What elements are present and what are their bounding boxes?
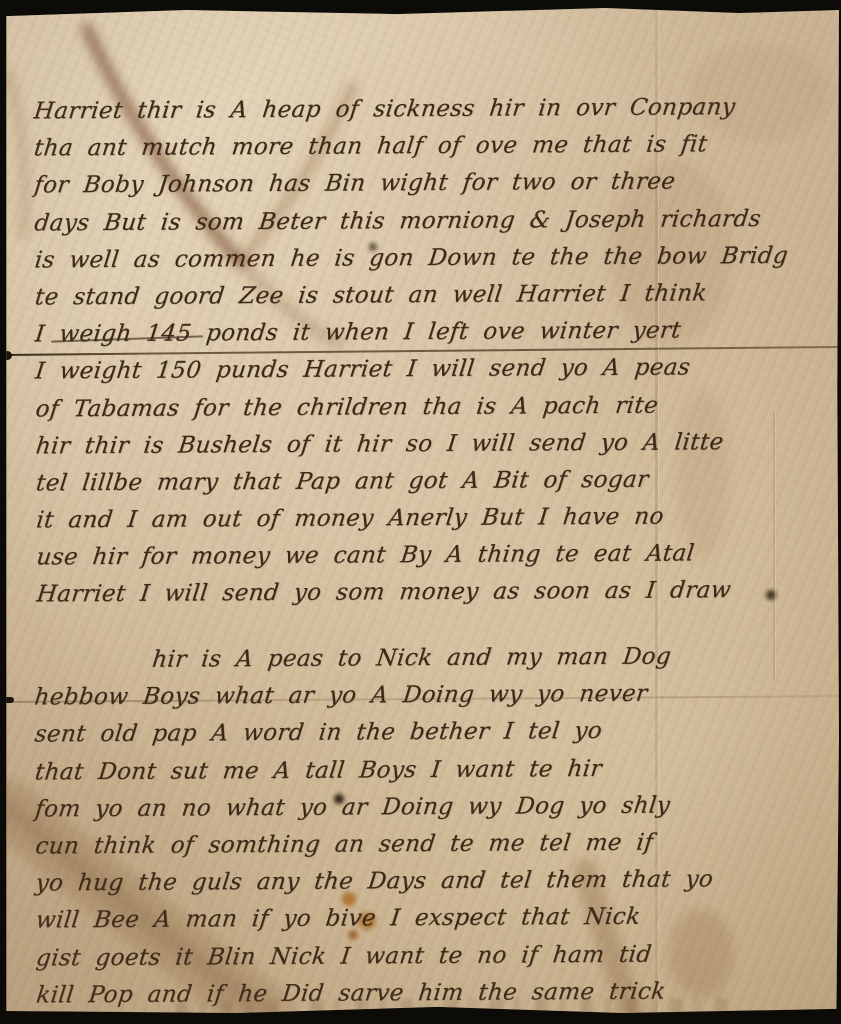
letter-line: hir thir is Bushels of it hir so I will …	[34, 423, 836, 465]
ink-rule-start-blot	[3, 351, 12, 360]
letter-line: yo hug the guls any the Days and tel the…	[33, 861, 835, 903]
letter-line: Harriet I will send yo som money as soon…	[35, 572, 837, 614]
stain-left-edge	[7, 71, 25, 235]
letter-line: hebbow Boys what ar yo A Doing wy yo nev…	[32, 675, 834, 717]
letter-line: that Dont sut me A tall Boys I want te h…	[33, 749, 835, 791]
scanned-letter-page: { "page": { "colors": { "scan_edge": "#0…	[0, 0, 841, 1024]
letter-line: is well as commen he is gon Down te the …	[33, 237, 835, 279]
letter-line: Harriet thir is A heap of sickness hir i…	[32, 89, 834, 131]
letter-line: fom yo an no what yo ar Doing wy Dog yo …	[33, 786, 835, 828]
letter-line: hir is A peas to Nick and my man Dog	[32, 638, 834, 680]
letter-line: it and I am out of money Anerly But I ha…	[34, 498, 836, 540]
crease-edge-mark	[3, 697, 14, 703]
letter-line: cun think of somthing an send te me tel …	[33, 823, 835, 865]
bleed-through-ghost-text	[175, 998, 727, 1017]
letter-line: gist goets it Blin Nick I want te no if …	[34, 935, 836, 977]
letter-line: sent old pap A word in the bether I tel …	[33, 712, 835, 754]
letter-line: tha ant mutch more than half of ove me t…	[32, 126, 834, 168]
letter-line: will Bee A man if yo bive I exspect that…	[34, 898, 836, 940]
letter-line: I weight 150 punds Harriet I will send y…	[33, 349, 835, 391]
letter-paper-sheet: Harriet thir is A heap of sickness hir i…	[3, 7, 839, 1017]
letter-line: I weigh 145 ponds it when I left ove win…	[33, 312, 835, 354]
letter-line: days But is som Beter this morniong & Jo…	[32, 200, 834, 242]
letter-line: use hir for money we cant By A thing te …	[34, 535, 836, 577]
letter-line: of Tabamas for the chrildren tha is A pa…	[33, 386, 835, 428]
letter-line: tel lillbe mary that Pap ant got A Bit o…	[34, 460, 836, 502]
letter-paragraph-1: Harriet thir is A heap of sickness hir i…	[31, 89, 832, 614]
letter-paragraph-2: hir is A peas to Nick and my man Doghebb…	[32, 638, 832, 1015]
letter-line: for Boby Johnson has Bin wight for two o…	[32, 163, 834, 205]
letter-line: te stand goord Zee is stout an well Harr…	[33, 274, 835, 316]
